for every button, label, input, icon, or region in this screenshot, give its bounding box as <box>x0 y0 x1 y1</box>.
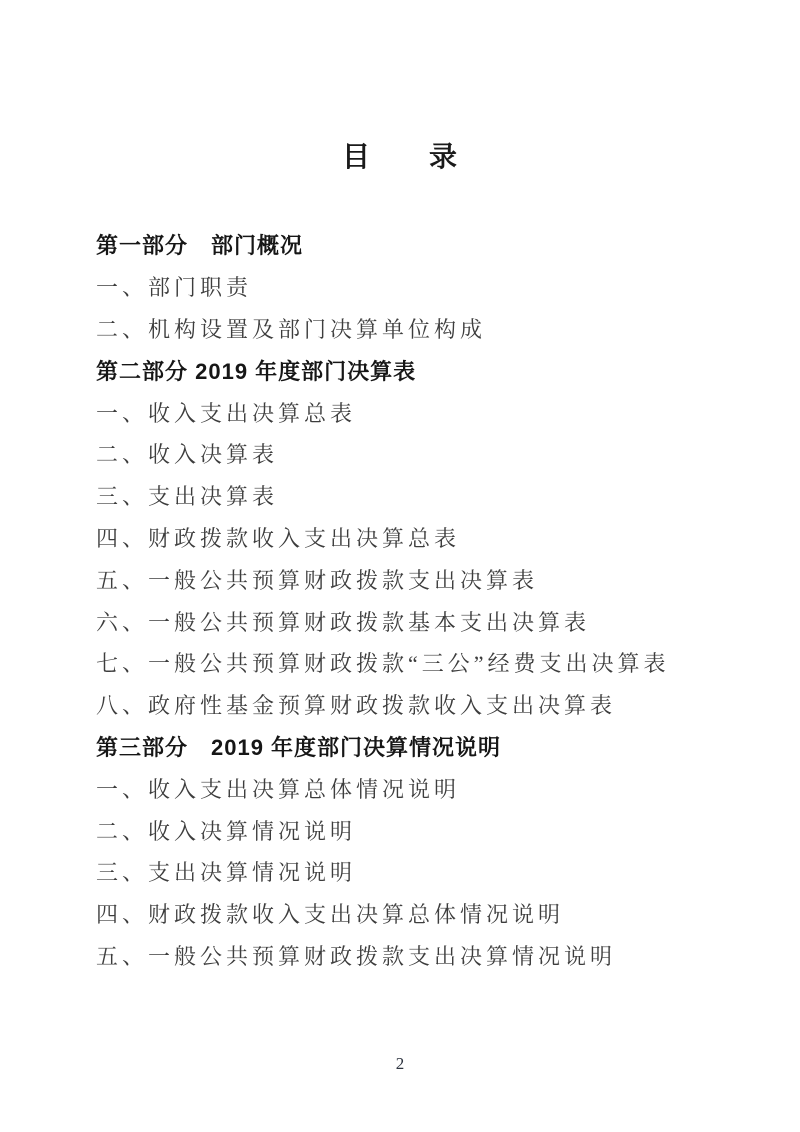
toc-row-text: 六、一般公共预算财政拨款基本支出决算表 <box>96 606 590 637</box>
toc-row-text: 第二部分 2019 年度部门决算表 <box>96 355 416 386</box>
toc-item: 五、一般公共预算财政拨款支出决算表 <box>96 558 740 600</box>
toc-item: 三、支出决算情况说明 <box>96 851 740 893</box>
toc-item: 一、收入支出决算总体情况说明 <box>96 767 740 809</box>
toc-item: 四、财政拨款收入支出决算总表 <box>96 517 740 559</box>
toc-item: 二、收入决算情况说明 <box>96 809 740 851</box>
toc-row-text: 二、收入决算表 <box>96 438 278 469</box>
toc-item: 一、收入支出决算总表 <box>96 391 740 433</box>
toc-item: 二、收入决算表 <box>96 433 740 475</box>
toc-row-text: 三、支出决算表 <box>96 480 278 511</box>
toc-item: 六、一般公共预算财政拨款基本支出决算表 <box>96 600 740 642</box>
toc-row-text: 七、一般公共预算财政拨款“三公”经费支出决算表 <box>96 647 670 678</box>
toc-row-text: 第一部分 部门概况 <box>96 229 303 260</box>
page-number: 2 <box>0 1054 800 1074</box>
toc-section-heading: 第二部分 2019 年度部门决算表 <box>96 349 740 391</box>
toc-row-text: 四、财政拨款收入支出决算总表 <box>96 522 460 553</box>
toc-row-text: 二、收入决算情况说明 <box>96 815 356 846</box>
toc-row-text: 五、一般公共预算财政拨款支出决算表 <box>96 564 538 595</box>
toc-row-text: 一、部门职责 <box>96 271 252 302</box>
document-page: 目 录 第一部分 部门概况 一、部门职责 二、机构设置及部门决算单位构成 第二部… <box>0 0 800 1132</box>
toc-row-text: 一、收入支出决算总体情况说明 <box>96 773 460 804</box>
toc-item: 一、部门职责 <box>96 266 740 308</box>
toc-row-text: 四、财政拨款收入支出决算总体情况说明 <box>96 898 564 929</box>
toc-row-text: 第三部分 2019 年度部门决算情况说明 <box>96 731 501 762</box>
toc-item: 五、一般公共预算财政拨款支出决算情况说明 <box>96 935 740 977</box>
toc-row-text: 一、收入支出决算总表 <box>96 397 356 428</box>
toc-item: 三、支出决算表 <box>96 475 740 517</box>
toc-row-text: 三、支出决算情况说明 <box>96 856 356 887</box>
toc-row-text: 五、一般公共预算财政拨款支出决算情况说明 <box>96 940 616 971</box>
toc-row-text: 二、机构设置及部门决算单位构成 <box>96 313 486 344</box>
toc-title: 目 录 <box>0 0 800 174</box>
toc-row-text: 八、政府性基金预算财政拨款收入支出决算表 <box>96 689 616 720</box>
toc-list: 第一部分 部门概况 一、部门职责 二、机构设置及部门决算单位构成 第二部分 20… <box>96 224 740 976</box>
toc-section-heading: 第一部分 部门概况 <box>96 224 740 266</box>
toc-item: 四、财政拨款收入支出决算总体情况说明 <box>96 893 740 935</box>
toc-item: 二、机构设置及部门决算单位构成 <box>96 308 740 350</box>
toc-item: 八、政府性基金预算财政拨款收入支出决算表 <box>96 684 740 726</box>
toc-item: 七、一般公共预算财政拨款“三公”经费支出决算表 <box>96 642 740 684</box>
toc-section-heading: 第三部分 2019 年度部门决算情况说明 <box>96 726 740 768</box>
